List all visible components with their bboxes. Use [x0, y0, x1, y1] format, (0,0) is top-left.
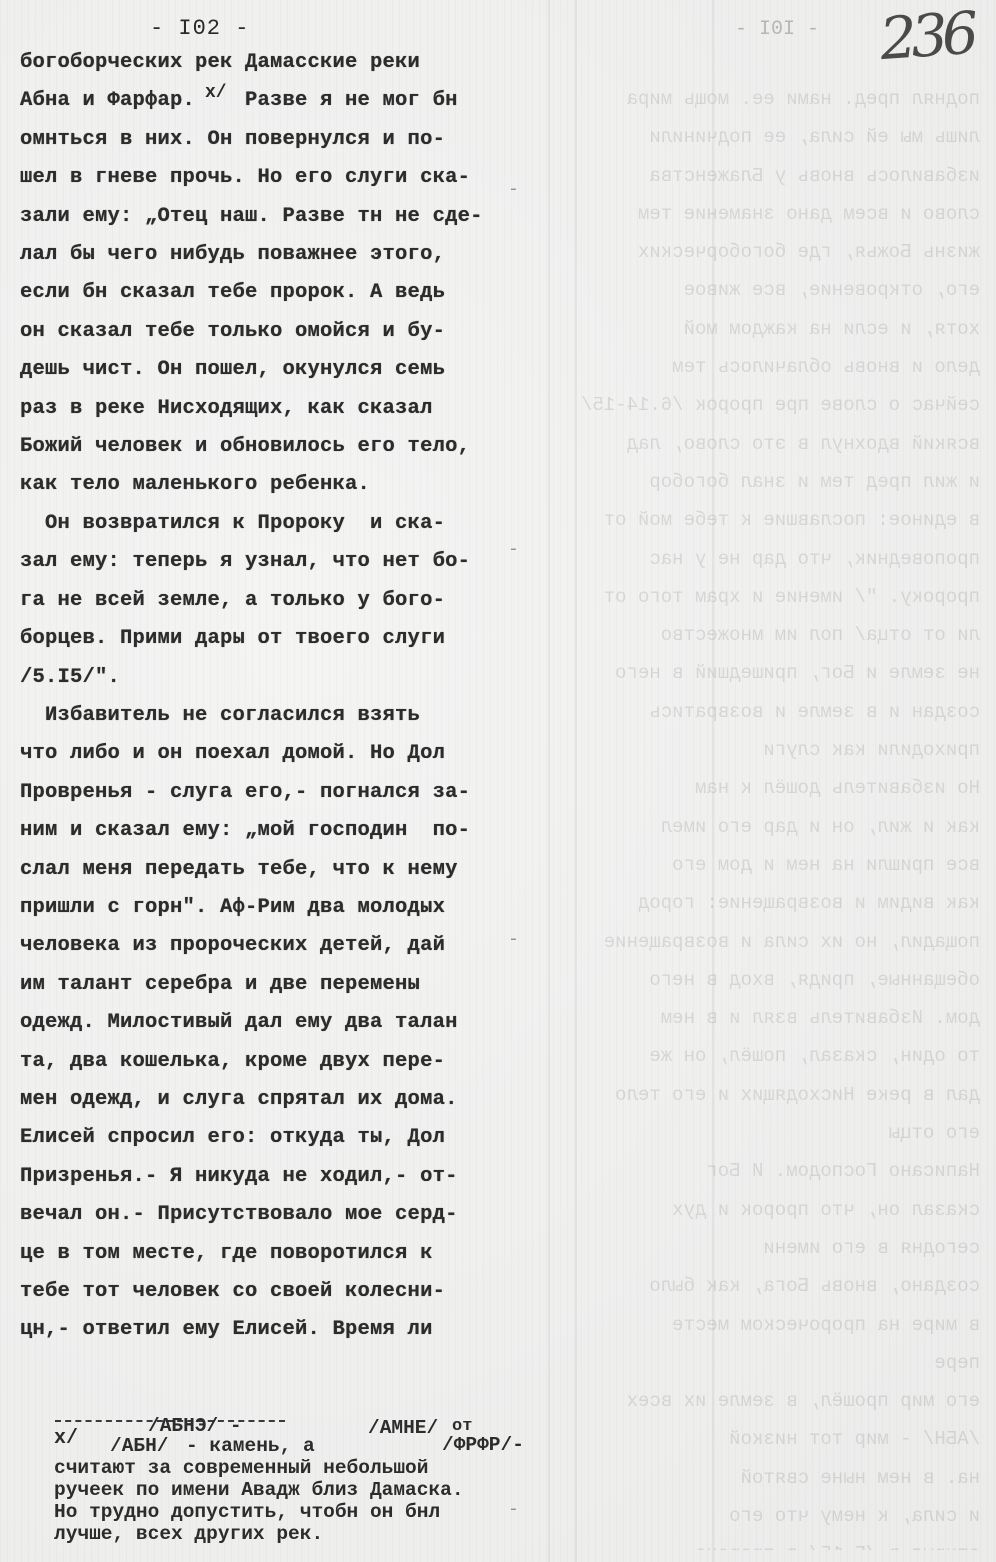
- text-line: ним и сказал ему: „мой господин по-: [20, 812, 520, 850]
- text-line: шел в гневе прочь. Но его слуги ска-: [20, 159, 520, 197]
- bleed-through-text: поднял пред. нами ее. мощь мира лишь мы …: [510, 80, 980, 1550]
- text-line: це в том месте, где поворотился к: [20, 1235, 520, 1273]
- text-line: омнться в них. Он повернулся и по-: [20, 121, 520, 159]
- document-page: поднял пред. нами ее. мощь мира лишь мы …: [0, 0, 996, 1562]
- text-line: цн,- ответил ему Елисей. Время ли: [20, 1311, 520, 1349]
- footnote-marker: x/: [54, 1427, 78, 1450]
- text-line: Елисей спросил его: откуда ты, Дол: [20, 1119, 520, 1157]
- text-line: если бн сказал тебе пророк. А ведь: [20, 274, 520, 312]
- paragraph-start-line: Избавитель не согласился взять: [20, 697, 520, 735]
- margin-mark: -: [508, 1500, 519, 1520]
- reverse-page-number: - I0I -: [735, 18, 819, 41]
- text-line: им талант серебра и две перемены: [20, 966, 520, 1004]
- handwritten-folio-number: 236: [878, 0, 975, 73]
- text-line: Абна и Фарфар. Разве я не мог бн: [20, 82, 520, 120]
- text-line: что либо и он поехал домой. Но Дол: [20, 735, 520, 773]
- text-line: лал бы чего нибудь поважнее этого,: [20, 236, 520, 274]
- footnote-term-frfr: /ФРФР/-: [442, 1434, 524, 1456]
- citation-line: /5.I5/".: [20, 659, 520, 697]
- footnote-reference-marker: x/: [205, 83, 227, 103]
- footnote-abn-meaning: - камень, а: [186, 1435, 315, 1457]
- text-line: раз в реке Нисходящих, как сказал: [20, 390, 520, 428]
- paragraph-start-line: Он возвратился к Пророку и ска-: [20, 505, 520, 543]
- text-line: га не всей земле, а только у бого-: [20, 582, 520, 620]
- text-line: вечал он.- Присутствовало мое серд-: [20, 1196, 520, 1234]
- text-line: Провренья - слуга его,- погнался за-: [20, 774, 520, 812]
- footnote-line: ручеек по имени Авадж близ Дамаска.: [54, 1479, 464, 1501]
- text-line: как тело маленького ребенка.: [20, 466, 520, 504]
- page-number: - I02 -: [150, 16, 249, 41]
- text-line: зали ему: „Отец наш. Разве тн не сде-: [20, 198, 520, 236]
- text-line: слал меня передать тебе, что к нему: [20, 851, 520, 889]
- footnote-line: лучше, всех других рек.: [54, 1523, 323, 1545]
- text-line: Божий человек и обновилось его тело,: [20, 428, 520, 466]
- footnote-line: Но трудно допустить, чтобн он бнл: [54, 1501, 440, 1523]
- margin-mark: -: [508, 180, 519, 200]
- text-line: зал ему: теперь я узнал, что нет бо-: [20, 543, 520, 581]
- footnote-term-amne: /АМНЕ/: [368, 1417, 438, 1439]
- margin-mark: -: [508, 930, 519, 950]
- text-line: пришли с горн". Аф-Рим два молодых: [20, 889, 520, 927]
- text-line: дешь чист. Он пошел, окунулся семь: [20, 351, 520, 389]
- text-line: борцев. Прими дары от твоего слуги: [20, 620, 520, 658]
- text-line: он сказал тебе только омойся и бу-: [20, 313, 520, 351]
- footnote-term-abne: /АБНЭ/ -: [148, 1415, 242, 1437]
- text-line: одежд. Милостивый дал ему два талан: [20, 1004, 520, 1042]
- text-line: та, два кошелька, кроме двух пере-: [20, 1043, 520, 1081]
- text-line: мен одежд, и слуга спрятал их дома.: [20, 1081, 520, 1119]
- footnote-line: считают за современный небольшой: [54, 1457, 428, 1479]
- footnote-term-abn: /АБН/: [110, 1435, 169, 1457]
- text-line: богоборческих рек Дамасские реки: [20, 44, 520, 82]
- margin-mark: -: [508, 540, 519, 560]
- text-line: Призренья.- Я никуда не ходил,- от-: [20, 1158, 520, 1196]
- typewritten-body: богоборческих рек Дамасские рекиАбна и Ф…: [20, 44, 520, 1350]
- text-line: человека из пророческих детей, дай: [20, 927, 520, 965]
- text-line: тебе тот человек со своей колесни-: [20, 1273, 520, 1311]
